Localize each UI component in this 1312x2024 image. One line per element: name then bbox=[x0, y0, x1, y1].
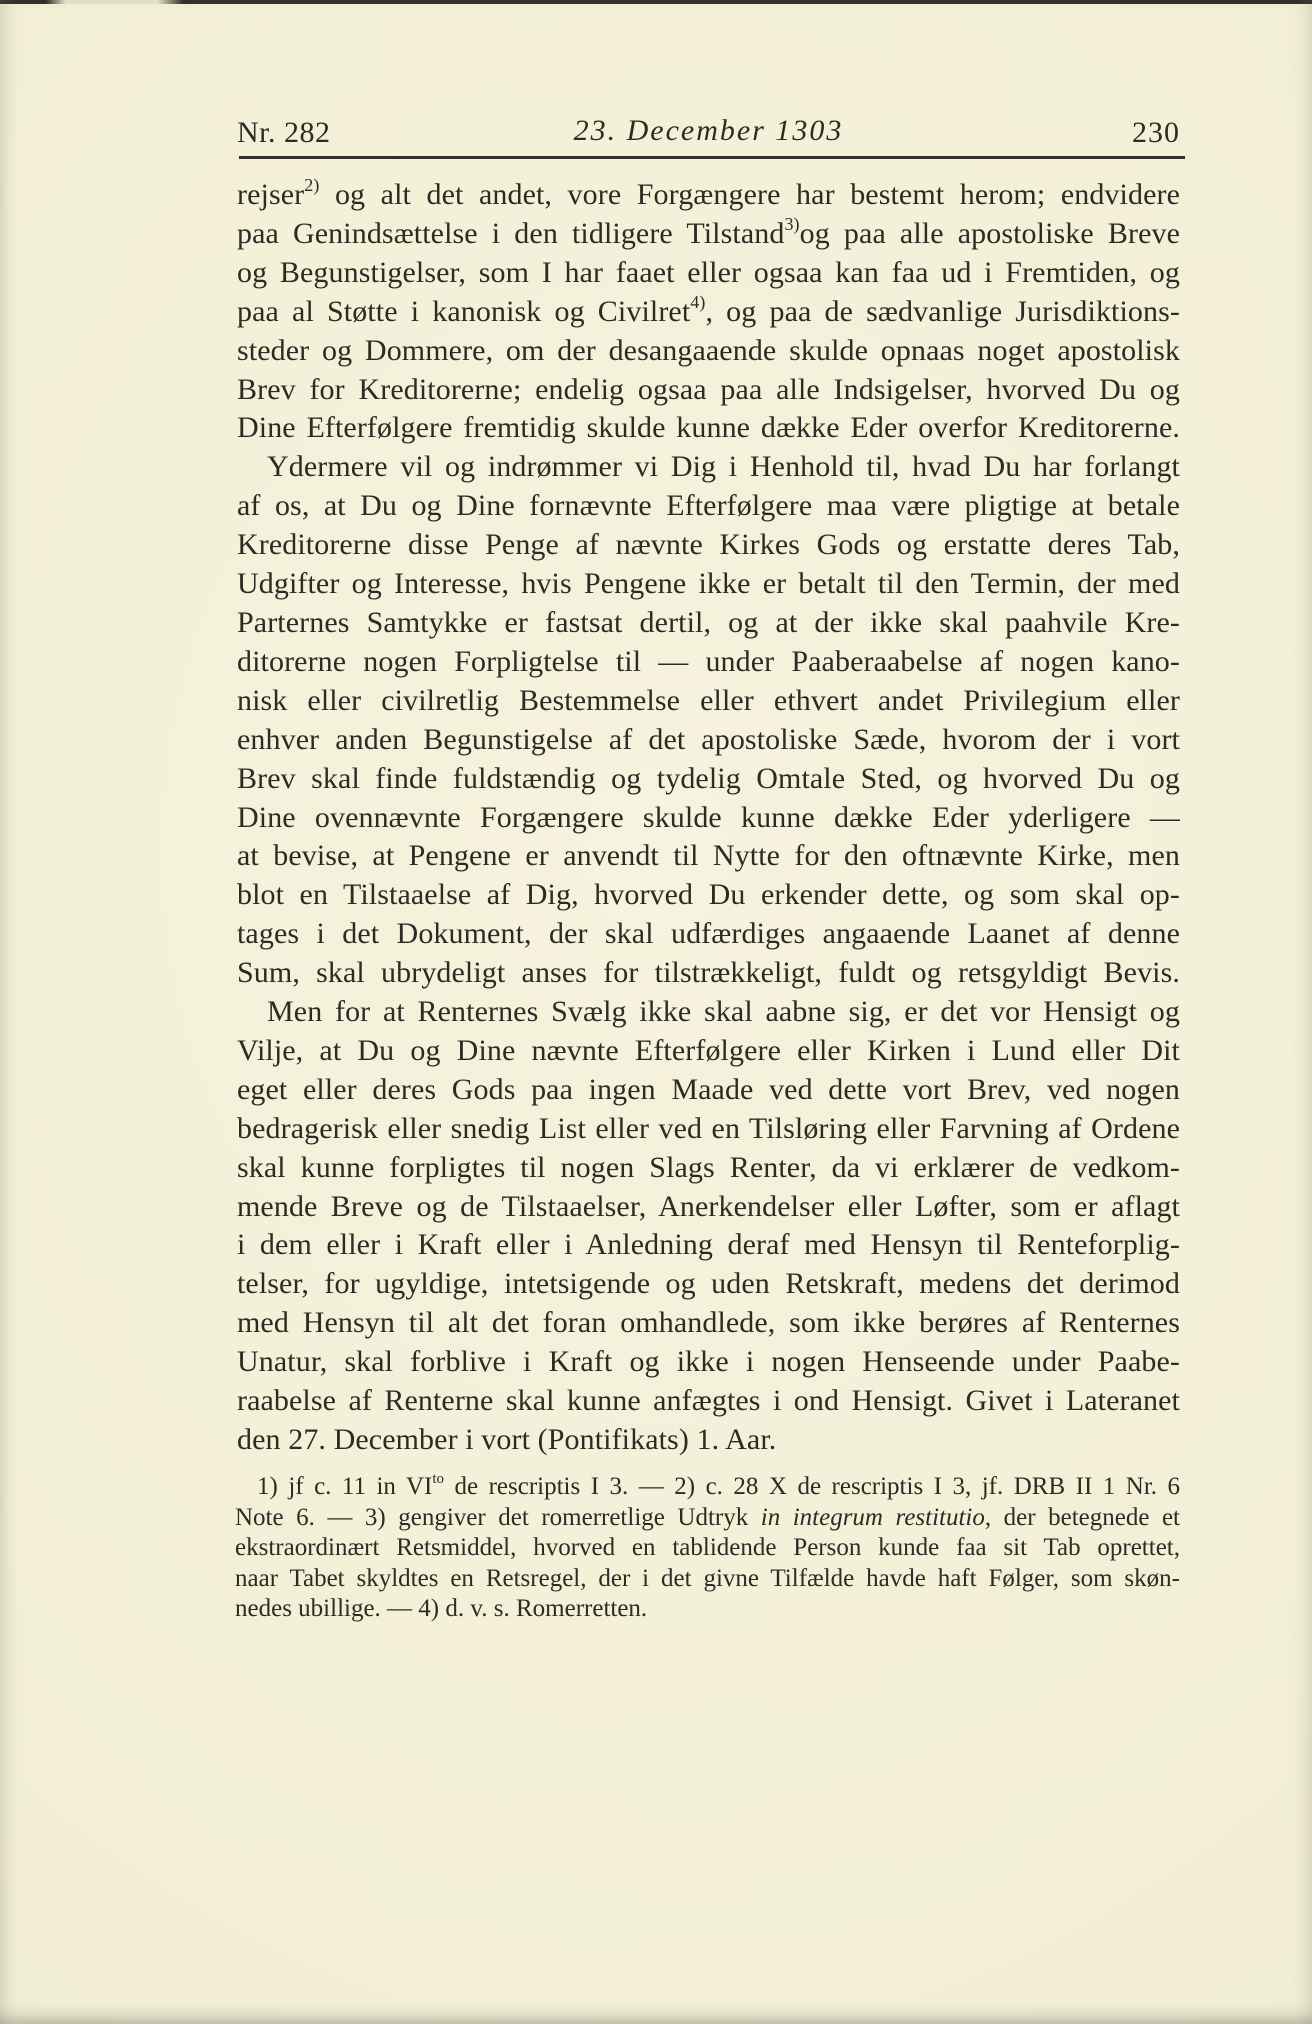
body-text: rejser2) og alt det andet, vore Forgænge… bbox=[237, 176, 1180, 1460]
text-line: at bevise, at Pengene er anvendt til Nyt… bbox=[237, 837, 1180, 876]
text-line: naar Tabet skyldtes en Retsregel, der i … bbox=[235, 1564, 1180, 1595]
text-line: nedes ubillige. — 4) d. v. s. Romerrette… bbox=[235, 1594, 1180, 1625]
text-segment: mende Breve og de Tilstaaelser, Anerkend… bbox=[237, 1190, 1180, 1223]
text-line: Kreditorerne disse Penge af nævnte Kirke… bbox=[237, 526, 1180, 565]
text-segment: eget eller deres Gods paa ingen Maade ve… bbox=[237, 1073, 1180, 1106]
text-segment: tages i det Dokument, der skal udfærdige… bbox=[237, 917, 1180, 950]
text-line: skal kunne forpligtes til nogen Slags Re… bbox=[237, 1149, 1180, 1188]
header-date: 23. December 1303 bbox=[237, 114, 1180, 148]
text-segment: med Hensyn til alt det foran omhandlede,… bbox=[237, 1306, 1180, 1339]
text-line: steder og Dommere, om der desangaaende s… bbox=[237, 332, 1180, 371]
text-line: paa al Støtte i kanonisk og Civilret4), … bbox=[237, 293, 1180, 332]
scanned-book-page: Nr. 282 23. December 1303 230 rejser2) o… bbox=[0, 0, 1312, 2024]
text-line: ekstraordinært Retsmiddel, hvorved en ta… bbox=[235, 1533, 1180, 1564]
superscript-marker: to bbox=[432, 1471, 444, 1487]
text-segment: Dine Efterfølgere fremtidig skulde kunne… bbox=[237, 411, 1180, 444]
text-line: Sum, skal ubrydeligt anses for tilstrækk… bbox=[237, 954, 1180, 993]
text-segment: paa al Støtte i kanonisk og Civilret bbox=[237, 295, 690, 328]
text-segment: Kreditorerne disse Penge af nævnte Kirke… bbox=[237, 528, 1180, 561]
text-segment: og alt det andet, vore Forgængere har be… bbox=[319, 178, 1180, 211]
text-segment: , der betegnede et bbox=[985, 1504, 1180, 1531]
text-segment: raabelse af Renterne skal kunne anfægtes… bbox=[237, 1384, 1180, 1417]
text-line: Brev for Kreditorerne; endelig ogsaa paa… bbox=[237, 371, 1180, 410]
text-line: den 27. December i vort (Pontifikats) 1.… bbox=[237, 1421, 1180, 1460]
header-divider-rule bbox=[239, 156, 1185, 159]
text-line: Ydermere vil og indrømmer vi Dig i Henho… bbox=[237, 448, 1180, 487]
text-line: Dine ovennævnte Forgængere skulde kunne … bbox=[237, 799, 1180, 838]
footnotes: 1) jf c. 11 in VIto de rescriptis I 3. —… bbox=[235, 1472, 1180, 1625]
text-segment: af os, at Du og Dine fornævnte Efterfølg… bbox=[237, 489, 1180, 522]
text-line: tages i det Dokument, der skal udfærdige… bbox=[237, 915, 1180, 954]
text-segment: enhver anden Begunstigelse af det aposto… bbox=[237, 723, 1180, 756]
text-line: bedragerisk eller snedig List eller ved … bbox=[237, 1110, 1180, 1149]
text-line: nisk eller civilretlig Bestemmelse eller… bbox=[237, 682, 1180, 721]
text-segment: Ydermere vil og indrømmer vi Dig i Henho… bbox=[267, 450, 1180, 483]
scan-bottom-edge bbox=[0, 2004, 1312, 2024]
text-segment: og paa alle apostoliske Breve bbox=[800, 217, 1180, 250]
text-segment: rejser bbox=[237, 178, 304, 211]
text-line: Udgifter og Interesse, hvis Pengene ikke… bbox=[237, 565, 1180, 604]
text-segment: Brev skal finde fuldstændig og tydelig O… bbox=[237, 762, 1180, 795]
text-line: Men for at Renternes Svælg ikke skal aab… bbox=[237, 993, 1180, 1032]
text-segment: nisk eller civilretlig Bestemmelse eller… bbox=[237, 684, 1180, 717]
text-line: blot en Tilstaaelse af Dig, hvorved Du e… bbox=[237, 876, 1180, 915]
text-segment: paa Genindsættelse i den tidligere Tilst… bbox=[237, 217, 784, 250]
text-line: i dem eller i Kraft eller i Anledning de… bbox=[237, 1226, 1180, 1265]
text-segment: i dem eller i Kraft eller i Anledning de… bbox=[237, 1228, 1180, 1261]
text-segment: naar Tabet skyldtes en Retsregel, der i … bbox=[235, 1565, 1180, 1592]
text-segment: Brev for Kreditorerne; endelig ogsaa paa… bbox=[237, 373, 1180, 406]
text-line: Brev skal finde fuldstændig og tydelig O… bbox=[237, 760, 1180, 799]
text-line: Note 6. — 3) gengiver det romerretlige U… bbox=[235, 1503, 1180, 1534]
text-line: Unatur, skal forblive i Kraft og ikke i … bbox=[237, 1343, 1180, 1382]
text-segment: 1) jf c. 11 in VI bbox=[257, 1473, 432, 1500]
text-line: Parternes Samtykke er fastsat dertil, og… bbox=[237, 604, 1180, 643]
text-segment: Udgifter og Interesse, hvis Pengene ikke… bbox=[237, 567, 1180, 600]
text-segment: ekstraordinært Retsmiddel, hvorved en ta… bbox=[235, 1534, 1180, 1561]
text-line: af os, at Du og Dine fornævnte Efterfølg… bbox=[237, 487, 1180, 526]
text-line: og Begunstigelser, som I har faaet eller… bbox=[237, 254, 1180, 293]
italic-phrase: in integrum restitutio bbox=[761, 1504, 985, 1531]
text-segment: at bevise, at Pengene er anvendt til Nyt… bbox=[237, 839, 1180, 872]
page-header: Nr. 282 23. December 1303 230 bbox=[237, 116, 1180, 152]
text-line: telser, for ugyldige, intetsigende og ud… bbox=[237, 1265, 1180, 1304]
superscript-marker: 3) bbox=[784, 214, 799, 234]
text-line: med Hensyn til alt det foran omhandlede,… bbox=[237, 1304, 1180, 1343]
superscript-marker: 4) bbox=[690, 292, 705, 312]
text-line: ditorerne nogen Forpligtelse til — under… bbox=[237, 643, 1180, 682]
text-line: mende Breve og de Tilstaaelser, Anerkend… bbox=[237, 1188, 1180, 1227]
text-line: enhver anden Begunstigelse af det aposto… bbox=[237, 721, 1180, 760]
text-segment: Unatur, skal forblive i Kraft og ikke i … bbox=[237, 1345, 1180, 1378]
text-segment: Men for at Renternes Svælg ikke skal aab… bbox=[267, 995, 1180, 1028]
text-segment: nedes ubillige. — 4) d. v. s. Romerrette… bbox=[235, 1595, 647, 1622]
text-line: 1) jf c. 11 in VIto de rescriptis I 3. —… bbox=[235, 1472, 1180, 1503]
text-segment: , og paa de sædvanlige Jurisdiktions- bbox=[705, 295, 1180, 328]
page-number: 230 bbox=[1132, 116, 1180, 150]
text-line: rejser2) og alt det andet, vore Forgænge… bbox=[237, 176, 1180, 215]
text-line: paa Genindsættelse i den tidligere Tilst… bbox=[237, 215, 1180, 254]
text-segment: steder og Dommere, om der desangaaende s… bbox=[237, 334, 1180, 367]
text-segment: Note 6. — 3) gengiver det romerretlige U… bbox=[235, 1504, 761, 1531]
text-line: eget eller deres Gods paa ingen Maade ve… bbox=[237, 1071, 1180, 1110]
text-line: raabelse af Renterne skal kunne anfægtes… bbox=[237, 1382, 1180, 1421]
text-segment: ditorerne nogen Forpligtelse til — under… bbox=[237, 645, 1180, 678]
text-segment: de rescriptis I 3. — 2) c. 28 X de rescr… bbox=[444, 1473, 1180, 1500]
scan-top-edge bbox=[0, 0, 1312, 4]
text-segment: Vilje, at Du og Dine nævnte Efterfølgere… bbox=[237, 1034, 1180, 1067]
text-segment: telser, for ugyldige, intetsigende og ud… bbox=[237, 1267, 1180, 1300]
text-line: Vilje, at Du og Dine nævnte Efterfølgere… bbox=[237, 1032, 1180, 1071]
superscript-marker: 2) bbox=[304, 175, 319, 195]
text-segment: Dine ovennævnte Forgængere skulde kunne … bbox=[237, 801, 1180, 834]
text-segment: og Begunstigelser, som I har faaet eller… bbox=[237, 256, 1180, 289]
text-segment: blot en Tilstaaelse af Dig, hvorved Du e… bbox=[237, 878, 1180, 911]
text-segment: Parternes Samtykke er fastsat dertil, og… bbox=[237, 606, 1180, 639]
text-segment: bedragerisk eller snedig List eller ved … bbox=[237, 1112, 1180, 1145]
text-line: Dine Efterfølgere fremtidig skulde kunne… bbox=[237, 409, 1180, 448]
text-segment: skal kunne forpligtes til nogen Slags Re… bbox=[237, 1151, 1180, 1184]
text-segment: Sum, skal ubrydeligt anses for tilstrækk… bbox=[237, 956, 1180, 989]
text-segment: den 27. December i vort (Pontifikats) 1.… bbox=[237, 1423, 776, 1456]
